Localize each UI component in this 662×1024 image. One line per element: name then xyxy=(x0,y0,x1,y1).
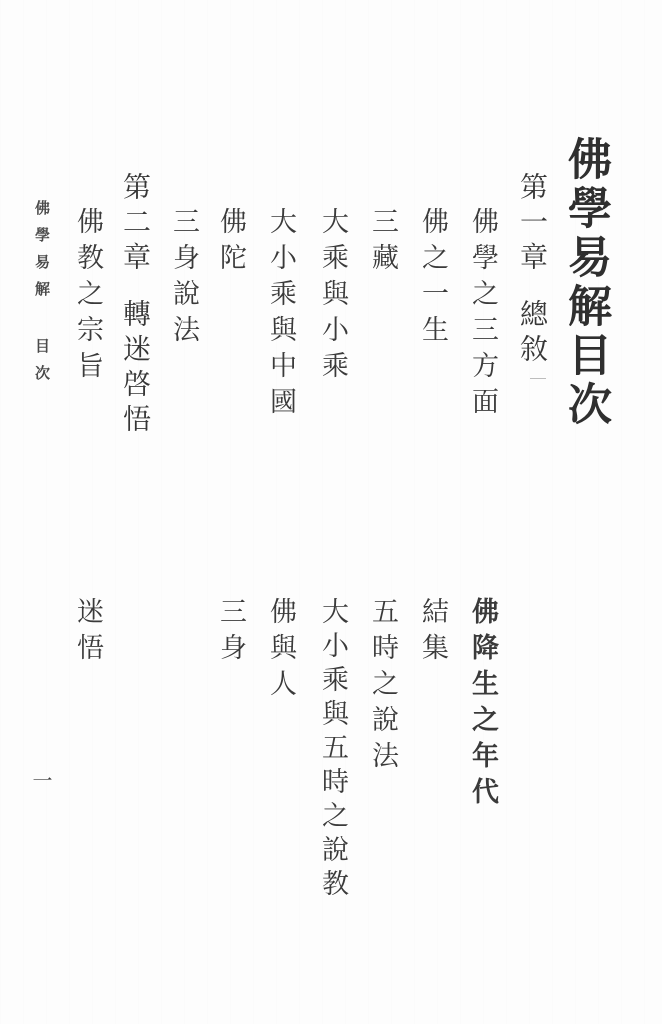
chapter-1-dash xyxy=(530,378,546,379)
toc-entry[interactable]: 三身說法 xyxy=(170,207,197,351)
chapter-1-number: 第一章 xyxy=(516,172,549,277)
page-number: 一 xyxy=(31,770,51,790)
chapter-1-name: 總敘 xyxy=(516,299,549,369)
chapter-2-number: 第二章 xyxy=(119,172,152,277)
toc-entry[interactable]: 大乘與小乘 xyxy=(319,207,346,387)
toc-entry[interactable]: 三身 xyxy=(217,597,244,669)
toc-entry[interactable]: 結集 xyxy=(419,597,446,669)
toc-entry[interactable]: 佛降生之年代 xyxy=(469,597,496,813)
chapter-2-heading: 第二章轉迷啓悟 xyxy=(121,172,149,439)
toc-entry[interactable]: 迷悟 xyxy=(74,597,101,669)
toc-entry[interactable]: 佛學之三方面 xyxy=(469,207,496,423)
toc-entry[interactable]: 大小乘與五時之說教 xyxy=(319,597,346,903)
toc-entry[interactable]: 佛陀 xyxy=(217,207,244,279)
toc-entry[interactable]: 佛與人 xyxy=(267,597,294,705)
running-header: 佛學易解 目次 xyxy=(34,200,49,392)
toc-entry[interactable]: 大小乘與中國 xyxy=(267,207,294,423)
toc-entry[interactable]: 五時之說法 xyxy=(369,597,396,777)
toc-entry[interactable]: 佛之一生 xyxy=(419,207,446,351)
chapter-2-name: 轉迷啓悟 xyxy=(119,299,152,439)
book-page: 佛學易解目次 第一章總敘 佛學之三方面 佛之一生 三藏 大乘與小乘 大小乘與中國… xyxy=(0,0,662,1024)
toc-entry[interactable]: 佛教之宗旨 xyxy=(74,207,101,387)
toc-title: 佛學易解目次 xyxy=(563,136,607,430)
toc-entry[interactable]: 三藏 xyxy=(369,207,396,279)
chapter-1-heading: 第一章總敘 xyxy=(518,172,546,369)
